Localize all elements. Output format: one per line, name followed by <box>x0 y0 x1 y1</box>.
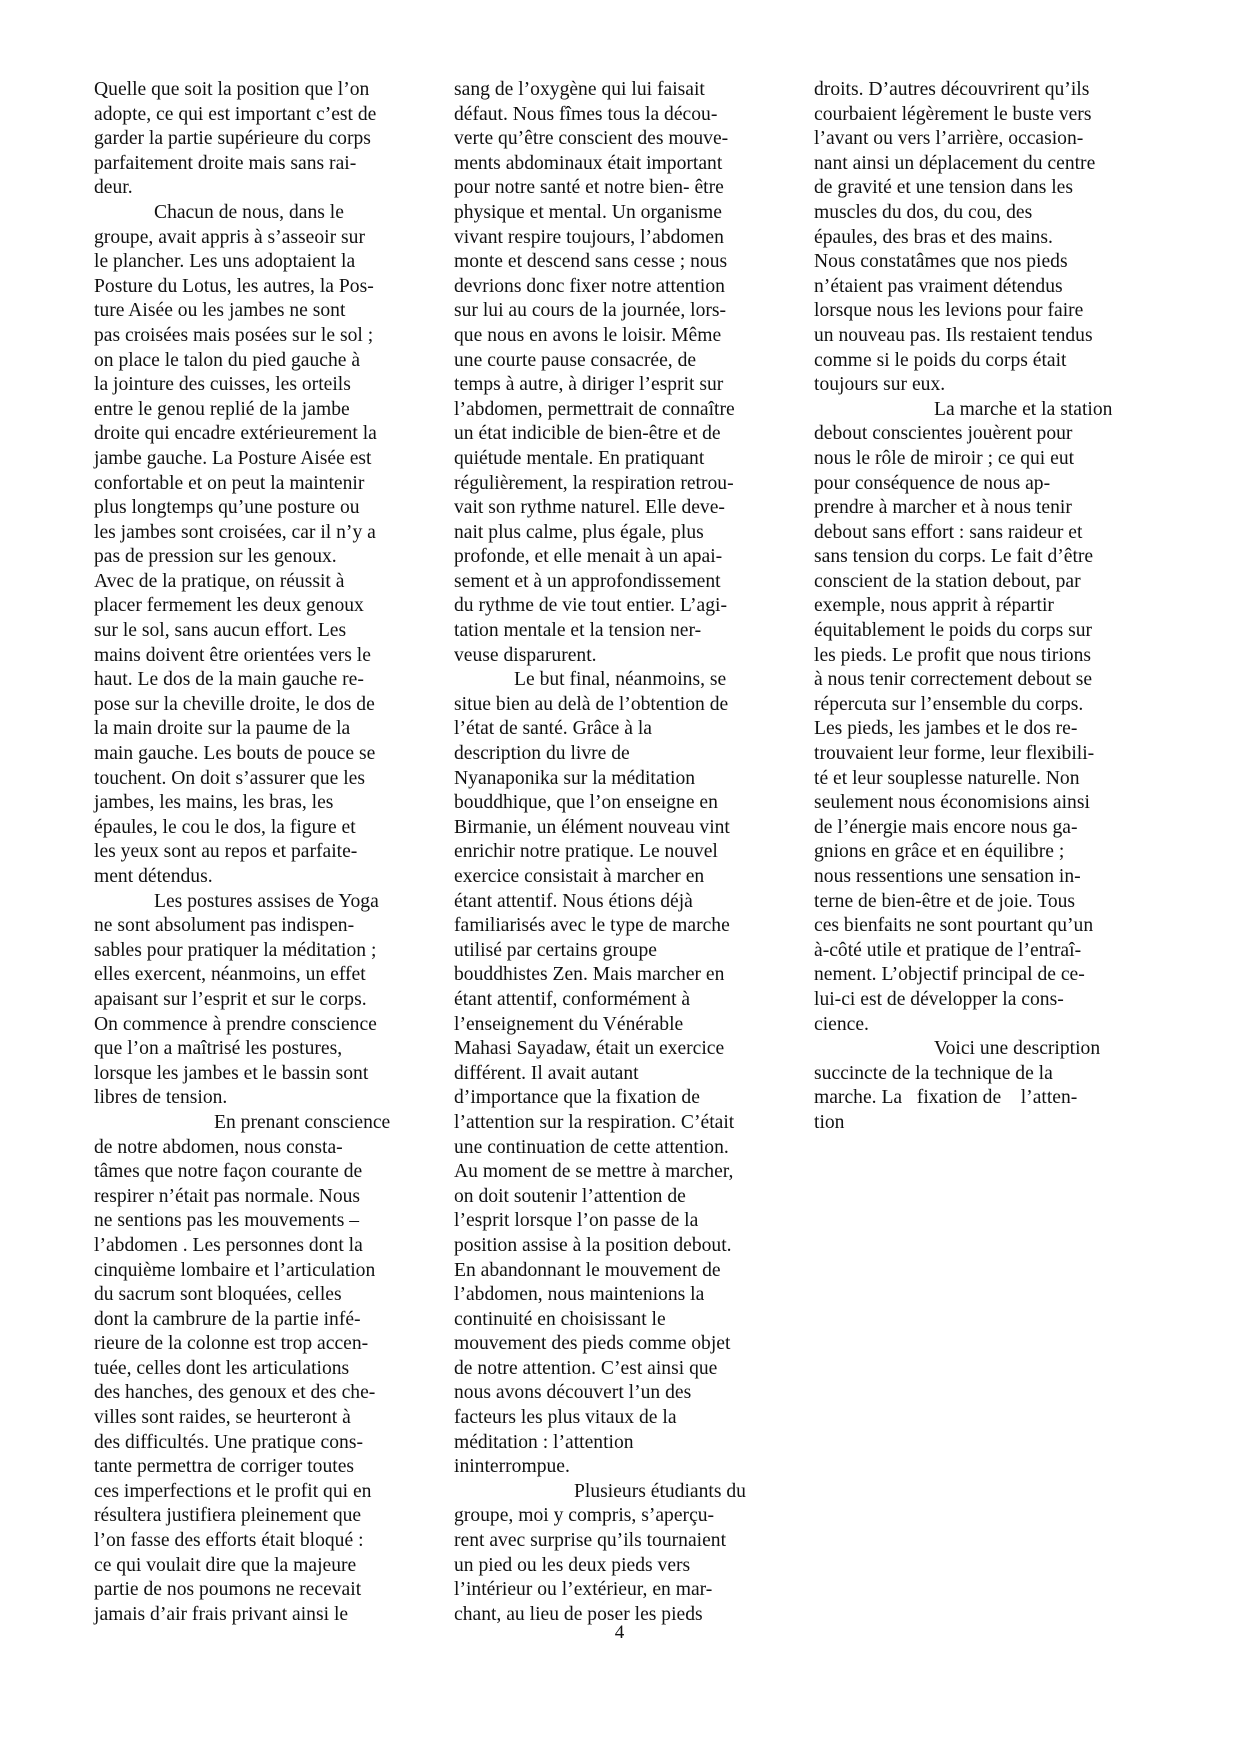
text-line: temps à autre, à diriger l’esprit sur <box>454 373 746 398</box>
text-line: mains doivent être orientées vers le <box>94 644 390 669</box>
text-line: nement. L’objectif principal de ce- <box>814 963 1112 988</box>
text-line: garder la partie supérieure du corps <box>94 127 390 152</box>
text-line: tion <box>814 1111 1112 1136</box>
text-line: une continuation de cette attention. <box>454 1136 746 1161</box>
text-line: Les postures assises de Yoga <box>94 890 390 915</box>
text-line: ne sentions pas les mouvements – <box>94 1209 390 1234</box>
text-line: té et leur souplesse naturelle. Non <box>814 767 1112 792</box>
text-line: ment détendus. <box>94 865 390 890</box>
text-line: respirer n’était pas normale. Nous <box>94 1185 390 1210</box>
text-line: du sacrum sont bloquées, celles <box>94 1283 390 1308</box>
text-line: l’esprit lorsque l’on passe de la <box>454 1209 746 1234</box>
text-line: seulement nous économisions ainsi <box>814 791 1112 816</box>
text-line: utilisé par certains groupe <box>454 939 746 964</box>
text-line: mouvement des pieds comme objet <box>454 1332 746 1357</box>
text-line: entre le genou replié de la jambe <box>94 398 390 423</box>
text-line: ces bienfaits ne sont pourtant qu’un <box>814 914 1112 939</box>
text-line: nous ressentions une sensation in- <box>814 865 1112 890</box>
text-line: physique et mental. Un organisme <box>454 201 746 226</box>
text-line: étant attentif. Nous étions déjà <box>454 890 746 915</box>
text-line: Le but final, néanmoins, se <box>454 668 746 693</box>
document-page: Quelle que soit la position que l’onadop… <box>0 0 1239 1754</box>
text-line: l’état de santé. Grâce à la <box>454 717 746 742</box>
text-line: continuité en choisissant le <box>454 1308 746 1333</box>
text-line: pose sur la cheville droite, le dos de <box>94 693 390 718</box>
text-line: d’importance que la fixation de <box>454 1086 746 1111</box>
text-line: haut. Le dos de la main gauche re- <box>94 668 390 693</box>
text-line: répercuta sur l’ensemble du corps. <box>814 693 1112 718</box>
text-line: situe bien au delà de l’obtention de <box>454 693 746 718</box>
text-line: Posture du Lotus, les autres, la Pos- <box>94 275 390 300</box>
text-line: vait son rythme naturel. Elle deve- <box>454 496 746 521</box>
text-line: exemple, nous apprit à répartir <box>814 594 1112 619</box>
text-column-1: Quelle que soit la position que l’onadop… <box>94 78 390 1627</box>
text-line: ces imperfections et le profit qui en <box>94 1480 390 1505</box>
text-line: cinquième lombaire et l’articulation <box>94 1259 390 1284</box>
text-line: de notre attention. C’est ainsi que <box>454 1357 746 1382</box>
text-line: vivant respire toujours, l’abdomen <box>454 226 746 251</box>
text-line: l’abdomen, permettrait de connaître <box>454 398 746 423</box>
text-line: placer fermement les deux genoux <box>94 594 390 619</box>
text-line: main gauche. Les bouts de pouce se <box>94 742 390 767</box>
text-line: debout sans effort : sans raideur et <box>814 521 1112 546</box>
text-line: cience. <box>814 1013 1112 1038</box>
text-line: apaisant sur l’esprit et sur le corps. <box>94 988 390 1013</box>
text-line: enrichir notre pratique. Le nouvel <box>454 840 746 865</box>
text-line: pas de pression sur les genoux. <box>94 545 390 570</box>
text-line: Plusieurs étudiants du <box>454 1480 746 1505</box>
text-line: veuse disparurent. <box>454 644 746 669</box>
text-line: sans tension du corps. Le fait d’être <box>814 545 1112 570</box>
text-line: de l’énergie mais encore nous ga- <box>814 816 1112 841</box>
text-line: adopte, ce qui est important c’est de <box>94 103 390 128</box>
text-line: Quelle que soit la position que l’on <box>94 78 390 103</box>
text-line: partie de nos poumons ne recevait <box>94 1578 390 1603</box>
text-line: l’intérieur ou l’extérieur, en mar- <box>454 1578 746 1603</box>
text-line: villes sont raides, se heurteront à <box>94 1406 390 1431</box>
text-line: tâmes que notre façon courante de <box>94 1160 390 1185</box>
text-line: groupe, avait appris à s’asseoir sur <box>94 226 390 251</box>
text-line: Les pieds, les jambes et le dos re- <box>814 717 1112 742</box>
text-line: l’avant ou vers l’arrière, occasion- <box>814 127 1112 152</box>
text-line: tation mentale et la tension ner- <box>454 619 746 644</box>
text-line: jambes, les mains, les bras, les <box>94 791 390 816</box>
text-line: lorsque les jambes et le bassin sont <box>94 1062 390 1087</box>
text-line: épaules, des bras et des mains. <box>814 226 1112 251</box>
text-line: monte et descend sans cesse ; nous <box>454 250 746 275</box>
text-line: debout conscientes jouèrent pour <box>814 422 1112 447</box>
text-line: l’abdomen . Les personnes dont la <box>94 1234 390 1259</box>
text-line: touchent. On doit s’assurer que les <box>94 767 390 792</box>
text-line: la main droite sur la paume de la <box>94 717 390 742</box>
text-line: étant attentif, conformément à <box>454 988 746 1013</box>
text-line: les yeux sont au repos et parfaite- <box>94 840 390 865</box>
text-line: nant ainsi un déplacement du centre <box>814 152 1112 177</box>
text-line: du rythme de vie tout entier. L’agi- <box>454 594 746 619</box>
text-line: succincte de la technique de la <box>814 1062 1112 1087</box>
text-line: ininterrompue. <box>454 1455 746 1480</box>
text-line: libres de tension. <box>94 1086 390 1111</box>
text-line: nous avons découvert l’un des <box>454 1381 746 1406</box>
text-line: les pieds. Le profit que nous tirions <box>814 644 1112 669</box>
text-line: terne de bien-être et de joie. Tous <box>814 890 1112 915</box>
text-line: sables pour pratiquer la méditation ; <box>94 939 390 964</box>
text-line: tuée, celles dont les articulations <box>94 1357 390 1382</box>
text-line: à-côté utile et pratique de l’entraî- <box>814 939 1112 964</box>
text-column-2: sang de l’oxygène qui lui faisaitdéfaut.… <box>454 78 746 1627</box>
text-line: n’étaient pas vraiment détendus <box>814 275 1112 300</box>
text-line: Nous constatâmes que nos pieds <box>814 250 1112 275</box>
text-line: sur lui au cours de la journée, lors- <box>454 299 746 324</box>
text-line: parfaitement droite mais sans rai- <box>94 152 390 177</box>
text-line: un nouveau pas. Ils restaient tendus <box>814 324 1112 349</box>
text-line: bouddhistes Zen. Mais marcher en <box>454 963 746 988</box>
text-line: un état indicible de bien-être et de <box>454 422 746 447</box>
text-line: nait plus calme, plus égale, plus <box>454 521 746 546</box>
text-line: comme si le poids du corps était <box>814 349 1112 374</box>
text-line: sang de l’oxygène qui lui faisait <box>454 78 746 103</box>
text-line: l’enseignement du Vénérable <box>454 1013 746 1038</box>
text-line: ne sont absolument pas indispen- <box>94 914 390 939</box>
text-line: ce qui voulait dire que la majeure <box>94 1554 390 1579</box>
text-line: muscles du dos, du cou, des <box>814 201 1112 226</box>
text-line: régulièrement, la respiration retrou- <box>454 472 746 497</box>
text-line: rent avec surprise qu’ils tournaient <box>454 1529 746 1554</box>
text-line: En prenant conscience <box>94 1111 390 1136</box>
text-line: confortable et on peut la maintenir <box>94 472 390 497</box>
text-line: groupe, moi y compris, s’aperçu- <box>454 1504 746 1529</box>
text-line: ments abdominaux était important <box>454 152 746 177</box>
text-line: position assise à la position debout. <box>454 1234 746 1259</box>
text-line: trouvaient leur forme, leur flexibili- <box>814 742 1112 767</box>
text-line: gnions en grâce et en équilibre ; <box>814 840 1112 865</box>
text-line: Mahasi Sayadaw, était un exercice <box>454 1037 746 1062</box>
text-line: un pied ou les deux pieds vers <box>454 1554 746 1579</box>
text-line: épaules, le cou le dos, la figure et <box>94 816 390 841</box>
text-line: à nous tenir correctement debout se <box>814 668 1112 693</box>
text-line: courbaient légèrement le buste vers <box>814 103 1112 128</box>
text-line: plus longtemps qu’une posture ou <box>94 496 390 521</box>
text-line: une courte pause consacrée, de <box>454 349 746 374</box>
text-line: La marche et la station <box>814 398 1112 423</box>
text-line: bouddhique, que l’on enseigne en <box>454 791 746 816</box>
text-line: lui-ci est de développer la cons- <box>814 988 1112 1013</box>
text-line: toujours sur eux. <box>814 373 1112 398</box>
text-line: l’abdomen, nous maintenions la <box>454 1283 746 1308</box>
text-line: rieure de la colonne est trop accen- <box>94 1332 390 1357</box>
text-line: devrions donc fixer notre attention <box>454 275 746 300</box>
text-line: dont la cambrure de la partie infé- <box>94 1308 390 1333</box>
text-line: différent. Il avait autant <box>454 1062 746 1087</box>
text-line: conscient de la station debout, par <box>814 570 1112 595</box>
text-line: ture Aisée ou les jambes ne sont <box>94 299 390 324</box>
text-line: Au moment de se mettre à marcher, <box>454 1160 746 1185</box>
text-line: que l’on a maîtrisé les postures, <box>94 1037 390 1062</box>
text-line: elles exercent, néanmoins, un effet <box>94 963 390 988</box>
text-line: pour notre santé et notre bien- être <box>454 176 746 201</box>
text-line: profonde, et elle menait à un apai- <box>454 545 746 570</box>
text-line: on place le talon du pied gauche à <box>94 349 390 374</box>
text-line: En abandonnant le mouvement de <box>454 1259 746 1284</box>
text-line: Nyanaponika sur la méditation <box>454 767 746 792</box>
text-line: de notre abdomen, nous consta- <box>94 1136 390 1161</box>
text-line: quiétude mentale. En pratiquant <box>454 447 746 472</box>
text-line: On commence à prendre conscience <box>94 1013 390 1038</box>
text-line: Avec de la pratique, on réussit à <box>94 570 390 595</box>
text-line: sur le sol, sans aucun effort. Les <box>94 619 390 644</box>
text-line: description du livre de <box>454 742 746 767</box>
text-line: droits. D’autres découvrirent qu’ils <box>814 78 1112 103</box>
text-line: résultera justifiera pleinement que <box>94 1504 390 1529</box>
text-line: méditation : l’attention <box>454 1431 746 1456</box>
text-line: la jointure des cuisses, les orteils <box>94 373 390 398</box>
text-line: facteurs les plus vitaux de la <box>454 1406 746 1431</box>
text-line: marche. La fixation de l’atten- <box>814 1086 1112 1111</box>
text-line: prendre à marcher et à nous tenir <box>814 496 1112 521</box>
text-line: exercice consistait à marcher en <box>454 865 746 890</box>
text-line: tante permettra de corriger toutes <box>94 1455 390 1480</box>
text-line: jambe gauche. La Posture Aisée est <box>94 447 390 472</box>
text-line: pas croisées mais posées sur le sol ; <box>94 324 390 349</box>
text-line: verte qu’être conscient des mouve- <box>454 127 746 152</box>
text-line: l’attention sur la respiration. C’était <box>454 1111 746 1136</box>
text-line: les jambes sont croisées, car il n’y a <box>94 521 390 546</box>
text-line: Birmanie, un élément nouveau vint <box>454 816 746 841</box>
text-line: Voici une description <box>814 1037 1112 1062</box>
page-number: 4 <box>0 1622 1239 1644</box>
text-line: l’on fasse des efforts était bloqué : <box>94 1529 390 1554</box>
text-line: Chacun de nous, dans le <box>94 201 390 226</box>
text-line: sement et à un approfondissement <box>454 570 746 595</box>
text-line: de gravité et une tension dans les <box>814 176 1112 201</box>
text-line: le plancher. Les uns adoptaient la <box>94 250 390 275</box>
text-line: des difficultés. Une pratique cons- <box>94 1431 390 1456</box>
text-column-3: droits. D’autres découvrirent qu’ilscour… <box>814 78 1112 1136</box>
text-line: familiarisés avec le type de marche <box>454 914 746 939</box>
text-line: droite qui encadre extérieurement la <box>94 422 390 447</box>
text-line: défaut. Nous fîmes tous la décou- <box>454 103 746 128</box>
text-line: nous le rôle de miroir ; ce qui eut <box>814 447 1112 472</box>
text-line: pour conséquence de nous ap- <box>814 472 1112 497</box>
text-line: on doit soutenir l’attention de <box>454 1185 746 1210</box>
text-line: deur. <box>94 176 390 201</box>
text-line: équitablement le poids du corps sur <box>814 619 1112 644</box>
text-line: lorsque nous les levions pour faire <box>814 299 1112 324</box>
text-line: des hanches, des genoux et des che- <box>94 1381 390 1406</box>
text-line: que nous en avons le loisir. Même <box>454 324 746 349</box>
